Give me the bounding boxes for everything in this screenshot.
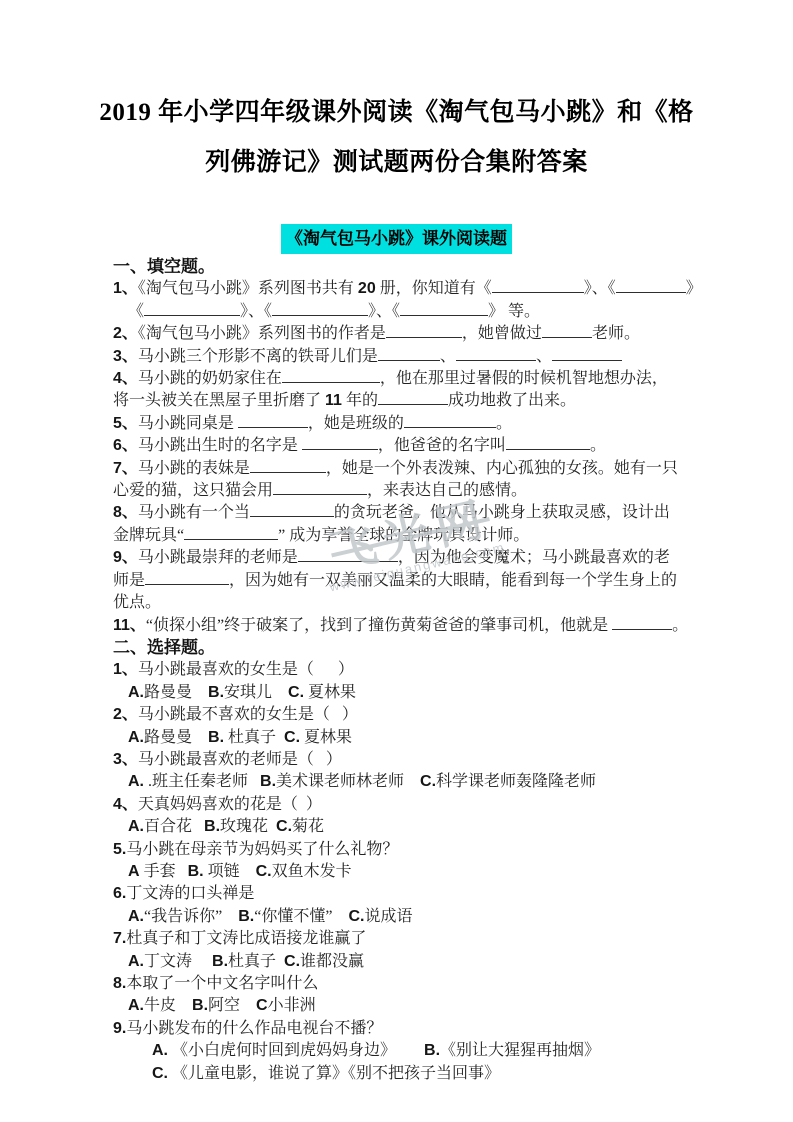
blank-underline (542, 324, 592, 338)
text-run: 马小跳的表妹是 (138, 460, 250, 477)
document-page: 2019 年小学四年级课外阅读《淘气包马小跳》和《格 列佛游记》测试题两份合集附… (0, 0, 793, 1122)
item-marker: B. (188, 863, 204, 880)
blank-underline (272, 302, 368, 316)
item-marker: C (256, 997, 268, 1014)
blank-underline (492, 279, 584, 293)
text-run: 、 (536, 348, 552, 365)
text-line: 5.马小跳在母亲节为妈妈买了什么礼物？ (113, 839, 703, 861)
item-marker: C. (284, 953, 300, 970)
text-run: ” 成为享誉全球的金牌玩具设计师。 (278, 527, 529, 544)
item-marker: 1、 (113, 280, 138, 297)
text-run: ，她是一个外表泼辣、内心孤独的女孩。她有一只 (326, 460, 678, 477)
text-line: A.“我告诉你” B.“你懂不懂” C.说成语 (113, 906, 703, 928)
item-marker: B. (192, 997, 208, 1014)
text-run: 科学课老师轰隆隆老师 (436, 773, 596, 790)
item-marker: A. (128, 953, 144, 970)
text-run: 的贪玩老爸。他从马小跳身上获取灵感，设计出 (334, 504, 670, 521)
text-run: ，因为她有一双美丽又温柔的大眼睛，能看到每一个学生身上的 (229, 572, 677, 589)
text-run: 《淘气包马小跳》系列图书的作者是 (138, 325, 386, 342)
section-multiple-choice: 二、选择题。1、马小跳最喜欢的女生是（ ）A.路曼曼 B.安琪儿 C. 夏林果2… (113, 637, 703, 1085)
text-line: 8.本取了一个中文名字叫什么 (113, 973, 703, 995)
item-marker: B. (204, 818, 220, 835)
text-line: A.百合花 B.玫瑰花 C.菊花 (113, 816, 703, 838)
text-line: 9、马小跳最崇拜的老师是，因为他会变魔术；马小跳最喜欢的老 (113, 547, 703, 569)
blank-underline (250, 459, 326, 473)
text-run: 。 (672, 617, 688, 634)
blank-underline (506, 436, 590, 450)
text-line: C. 《儿童电影，谁说了算》《别不把孩子当回事》 (113, 1063, 703, 1085)
text-run: 成功地救了出来。 (448, 392, 576, 409)
item-marker: 5. (113, 841, 126, 858)
text-run: ，因为他会变魔术；马小跳最喜欢的老 (398, 549, 670, 566)
blank-underline (378, 347, 440, 361)
blank-underline (302, 436, 378, 450)
text-run: 丁文涛 (144, 953, 212, 970)
text-run: 册，你知道有《 (376, 280, 492, 297)
text-line: 1、马小跳最喜欢的女生是（ ） (113, 659, 703, 681)
item-marker: A. (128, 773, 144, 790)
text-run: 马小跳最喜欢的老师是（ ） (138, 751, 342, 768)
text-run: 玫瑰花 (220, 818, 276, 835)
text-run: 马小跳最崇拜的老师是 (138, 549, 298, 566)
text-line: 将一头被关在黑屋子里折磨了 11 年的成功地救了出来。 (113, 390, 703, 412)
text-run: 、 (440, 348, 456, 365)
item-marker: 2、 (113, 706, 138, 723)
text-line: 2、《淘气包马小跳》系列图书的作者是，她曾做过老师。 (113, 323, 703, 345)
text-run: 。 (590, 437, 606, 454)
item-marker: 6. (113, 885, 126, 902)
item-marker: C. (284, 729, 300, 746)
item-marker: C. (288, 684, 304, 701)
blank-underline (386, 324, 462, 338)
text-run: ，她曾做过 (462, 325, 542, 342)
text-run: 夏林果 (304, 684, 356, 701)
text-line: A.路曼曼 B. 杜真子 C. 夏林果 (113, 727, 703, 749)
text-run: 》 (686, 280, 702, 297)
text-run: 》、《 (368, 303, 400, 320)
text-run: ，他在那里过暑假的时候机智地想办法， (380, 370, 668, 387)
text-line: 7、马小跳的表妹是，她是一个外表泼辣、内心孤独的女孩。她有一只 (113, 458, 703, 480)
text-run: 小非洲 (268, 997, 316, 1014)
item-marker: 3、 (113, 348, 138, 365)
item-marker: C. (276, 818, 292, 835)
blank-underline (250, 503, 334, 517)
blank-underline (378, 391, 448, 405)
document-title: 2019 年小学四年级课外阅读《淘气包马小跳》和《格 列佛游记》测试题两份合集附… (0, 88, 793, 188)
item-marker: 9. (113, 1020, 126, 1037)
blank-underline (298, 548, 398, 562)
text-run: 《 (128, 303, 144, 320)
item-marker: 1、 (113, 661, 138, 678)
item-marker: B. (238, 908, 254, 925)
text-run: 说成语 (364, 908, 412, 925)
text-run: 路曼曼 (144, 684, 208, 701)
text-line: 4、天真妈妈喜欢的花是（ ） (113, 794, 703, 816)
item-marker: 7. (113, 930, 126, 947)
text-run: “你懂不懂” (254, 908, 348, 925)
text-line: 6.丁文涛的口头禅是 (113, 883, 703, 905)
text-run: 马小跳最喜欢的女生是（ ） (138, 661, 354, 678)
section-heading: 二、选择题。 (113, 637, 703, 659)
text-line: 7.杜真子和丁文涛比成语接龙谁赢了 (113, 928, 703, 950)
text-run: 金牌玩具“ (113, 527, 184, 544)
text-run: 丁文涛的口头禅是 (126, 885, 254, 902)
blank-underline (144, 302, 240, 316)
text-run: 项链 (204, 863, 256, 880)
text-run: 《别让大猩猩再抽烟》 (440, 1042, 600, 1059)
text-line: 心爱的猫，这只猫会用，来表达自己的感情。 (113, 480, 703, 502)
text-run: 》、《 (240, 303, 272, 320)
text-run: 马小跳最不喜欢的女生是（ ） (138, 706, 358, 723)
text-run: 《小白虎何时回到虎妈妈身边》 (168, 1042, 424, 1059)
item-marker: B. (424, 1042, 440, 1059)
text-line: A. 《小白虎何时回到虎妈妈身边》 B.《别让大猩猩再抽烟》 (113, 1040, 703, 1062)
item-marker: A (128, 863, 140, 880)
text-run: 》、《 (584, 280, 616, 297)
item-marker: C. (348, 908, 364, 925)
blank-underline (552, 347, 622, 361)
text-run: 百合花 (144, 818, 204, 835)
item-marker: 8. (113, 975, 126, 992)
text-line: A. .班主任秦老师 B.美术课老师林老师 C.科学课老师轰隆隆老师 (113, 771, 703, 793)
text-line: A.路曼曼 B.安琪儿 C. 夏林果 (113, 682, 703, 704)
text-run: 路曼曼 (144, 729, 208, 746)
text-run: “侦探小组”终于破案了，找到了撞伤黄菊爸爸的肇事司机，他就是 (146, 617, 612, 634)
item-marker: 4、 (113, 370, 138, 387)
text-run: 马小跳在母亲节为妈妈买了什么礼物？ (126, 841, 398, 858)
text-run: 手套 (140, 863, 188, 880)
item-marker: 7、 (113, 460, 138, 477)
text-line: 5、马小跳同桌是 ，她是班级的。 (113, 413, 703, 435)
item-marker: A. (128, 684, 144, 701)
text-line: 《》、《》、《》 等。 (113, 301, 703, 323)
text-line: 2、马小跳最不喜欢的女生是（ ） (113, 704, 703, 726)
text-run: 双鱼木发卡 (272, 863, 352, 880)
document-title-line2: 列佛游记》测试题两份合集附答案 (0, 138, 793, 188)
text-line: 1、《淘气包马小跳》系列图书共有 20 册，你知道有《》、《》 (113, 278, 703, 300)
item-marker: B. (208, 684, 224, 701)
section-fill-in: 一、填空题。1、《淘气包马小跳》系列图书共有 20 册，你知道有《》、《》《》、… (113, 256, 703, 637)
item-marker: C. (420, 773, 436, 790)
blank-underline (400, 302, 488, 316)
blank-underline (145, 571, 229, 585)
text-line: 6、马小跳出生时的名字是 ，他爸爸的名字叫。 (113, 435, 703, 457)
blank-underline (616, 279, 686, 293)
blank-underline (238, 414, 308, 428)
text-line: 8、马小跳有一个当的贪玩老爸。他从马小跳身上获取灵感，设计出 (113, 502, 703, 524)
text-line: 11、“侦探小组”终于破案了，找到了撞伤黄菊爸爸的肇事司机，他就是 。 (113, 615, 703, 637)
text-run: “我告诉你” (144, 908, 238, 925)
item-marker: C. (256, 863, 272, 880)
text-line: 4、马小跳的奶奶家住在，他在那里过暑假的时候机智地想办法， (113, 368, 703, 390)
document-title-line1: 2019 年小学四年级课外阅读《淘气包马小跳》和《格 (0, 88, 793, 138)
text-run: 《淘气包马小跳》系列图书共有 (138, 280, 358, 297)
item-marker: 11、 (113, 617, 146, 634)
text-run: 杜真子和丁文涛比成语接龙谁赢了 (126, 930, 366, 947)
text-line: 3、马小跳最喜欢的老师是（ ） (113, 749, 703, 771)
text-run: 美术课老师林老师 (276, 773, 420, 790)
text-run: 马小跳三个形影不离的铁哥儿们是 (138, 348, 378, 365)
text-run: 杜真子 (228, 953, 284, 970)
text-run: 夏林果 (300, 729, 352, 746)
item-marker: A. (128, 818, 144, 835)
text-run: 心爱的猫，这只猫会用 (113, 482, 273, 499)
text-run: 优点。 (113, 594, 161, 611)
text-run: 马小跳发布的什么作品电视台不播？ (126, 1020, 382, 1037)
text-line: A.牛皮 B.阿空 C小非洲 (113, 995, 703, 1017)
item-marker: A. (128, 908, 144, 925)
text-run: 马小跳的奶奶家住在 (138, 370, 282, 387)
text-run: 年的 (342, 392, 378, 409)
text-run: 《儿童电影，谁说了算》《别不把孩子当回事》 (168, 1065, 500, 1082)
item-marker: B. (208, 729, 224, 746)
item-marker: 8、 (113, 504, 138, 521)
text-run: 马小跳出生时的名字是 (138, 437, 302, 454)
item-marker: 5、 (113, 415, 138, 432)
text-run: .班主任秦老师 (144, 773, 260, 790)
item-marker: 20 (358, 280, 376, 297)
document-body: 一、填空题。1、《淘气包马小跳》系列图书共有 20 册，你知道有《》、《》《》、… (113, 256, 703, 1085)
blank-underline (404, 414, 496, 428)
blank-underline (184, 526, 278, 540)
text-line: 3、马小跳三个形影不离的铁哥儿们是、、 (113, 346, 703, 368)
text-run: 安琪儿 (224, 684, 288, 701)
item-marker: 4、 (113, 796, 138, 813)
text-run: 》 等。 (488, 303, 540, 320)
subtitle-highlight: 《淘气包马小跳》课外阅读题 (281, 224, 512, 254)
text-run: ，来表达自己的感情。 (367, 482, 527, 499)
item-marker: A. (128, 729, 144, 746)
text-run: 老师。 (592, 325, 640, 342)
text-run: 天真妈妈喜欢的花是（ ） (138, 796, 322, 813)
blank-underline (282, 369, 380, 383)
text-line: 师是，因为她有一双美丽又温柔的大眼睛，能看到每一个学生身上的 (113, 570, 703, 592)
text-run: 本取了一个中文名字叫什么 (126, 975, 318, 992)
text-run: 谁都没赢 (300, 953, 364, 970)
item-marker: A. (128, 997, 144, 1014)
text-run: 菊花 (292, 818, 324, 835)
blank-underline (456, 347, 536, 361)
item-marker: 9、 (113, 549, 138, 566)
item-marker: 6、 (113, 437, 138, 454)
item-marker: B. (212, 953, 228, 970)
item-marker: B. (260, 773, 276, 790)
text-run: 马小跳同桌是 (138, 415, 238, 432)
text-run: ，她是班级的 (308, 415, 404, 432)
blank-underline (612, 616, 672, 630)
text-run: 杜真子 (224, 729, 284, 746)
text-run: 牛皮 (144, 997, 192, 1014)
text-run: ，他爸爸的名字叫 (378, 437, 506, 454)
item-marker: 2、 (113, 325, 138, 342)
text-run: 将一头被关在黑屋子里折磨了 (113, 392, 325, 409)
text-run: 马小跳有一个当 (138, 504, 250, 521)
subtitle-row: 《淘气包马小跳》课外阅读题 (0, 224, 793, 254)
item-marker: C. (152, 1065, 168, 1082)
item-marker: 11 (325, 392, 342, 409)
section-heading: 一、填空题。 (113, 256, 703, 278)
text-line: 优点。 (113, 592, 703, 614)
blank-underline (273, 481, 367, 495)
text-run: 师是 (113, 572, 145, 589)
text-run: 阿空 (208, 997, 256, 1014)
text-line: 9.马小跳发布的什么作品电视台不播？ (113, 1018, 703, 1040)
text-line: 金牌玩具“” 成为享誉全球的金牌玩具设计师。 (113, 525, 703, 547)
text-line: A.丁文涛 B.杜真子 C.谁都没赢 (113, 951, 703, 973)
item-marker: 3、 (113, 751, 138, 768)
item-marker: A. (152, 1042, 168, 1059)
text-run: 。 (496, 415, 512, 432)
text-line: A 手套 B. 项链 C.双鱼木发卡 (113, 861, 703, 883)
